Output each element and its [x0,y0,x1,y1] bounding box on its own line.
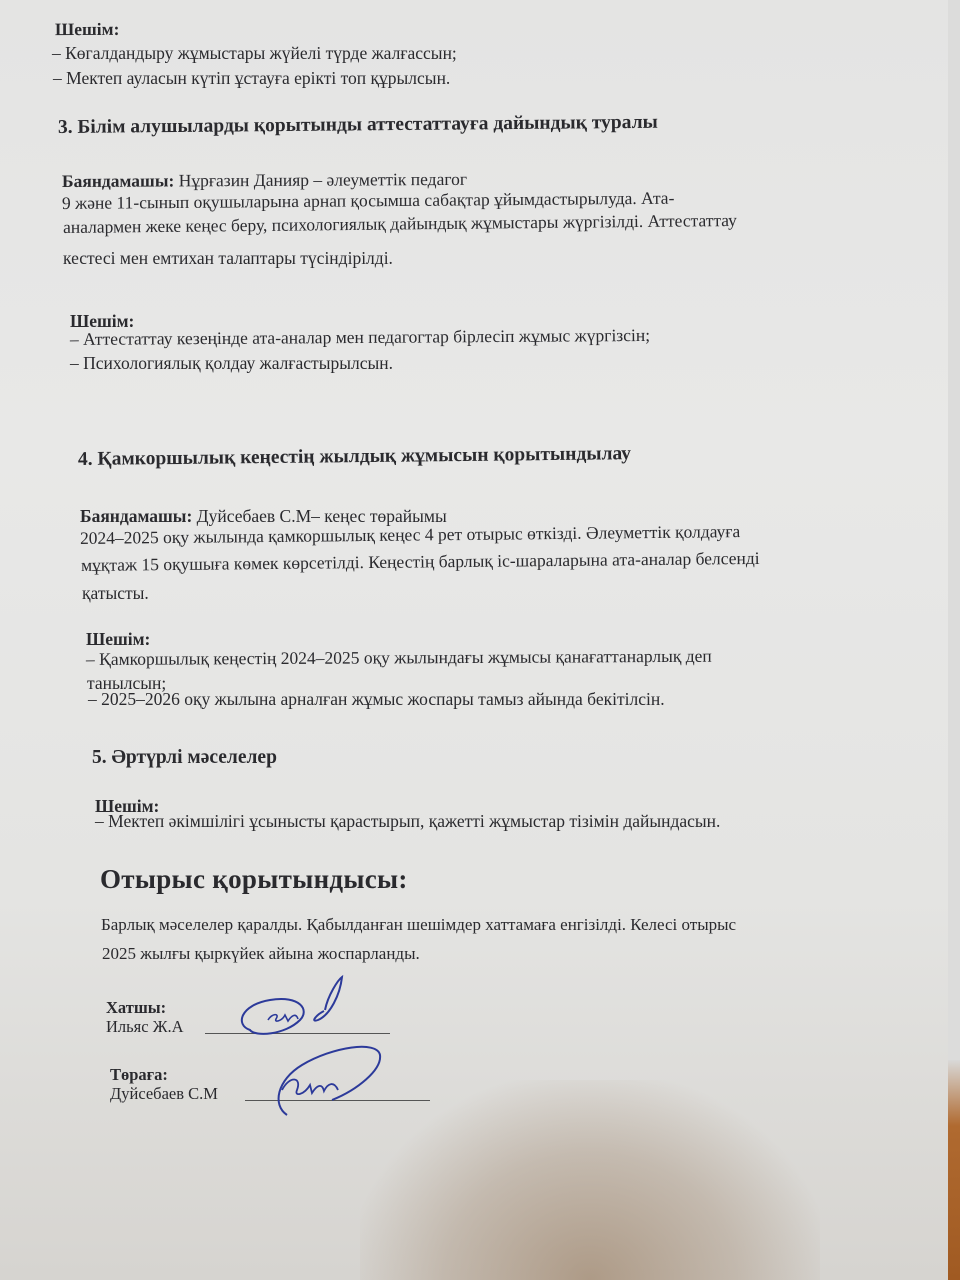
chair-name: Дуйсебаев С.М [110,1083,218,1105]
decision-item: – Қамкоршылық кеңестің 2024–2025 оқу жыл… [86,645,712,670]
conclusion-title: Отырыс қорытындысы: [100,868,408,890]
section-title: 5. Әртүрлі мәселелер [92,747,277,769]
body-line: мұқтаж 15 оқушыға көмек көрсетілді. Кеңе… [81,547,760,576]
body-line: қатысты. [82,582,149,604]
speaker-name: Нұрғазин Данияр – әлеуметтік педагог [174,169,467,191]
conclusion-line: Барлық мәселелер қаралды. Қабылданған ше… [101,914,736,936]
decision-item: – Мектеп ауласын күтіп ұстауға ерікті то… [53,67,450,89]
speaker-label: Баяндамашы: [62,170,174,191]
decision-item: – Көгалдандыру жұмыстары жүйелі түрде жа… [52,42,457,64]
conclusion-line: 2025 жылғы қыркүйек айына жоспарланды. [102,943,420,965]
section-title: 3. Білім алушыларды қорытынды аттестатта… [58,112,658,139]
table-edge [948,1060,960,1280]
body-line: кестесі мен емтихан талаптары түсіндіріл… [63,247,393,269]
speaker-label: Баяндамашы: [80,506,192,526]
decision-item: – 2025–2026 оқу жылына арналған жұмыс жо… [88,688,665,710]
body-line: аналармен жеке кеңес беру, психологиялық… [63,209,737,238]
decision-label: Шешім: [86,628,150,650]
decision-item: – Аттестаттау кезеңінде ата-аналар мен п… [70,324,650,350]
section-title: 4. Қамкоршылық кеңестің жылдық жұмысын қ… [78,443,631,471]
photo-shadow [360,1080,820,1280]
decision-item: – Психологиялық қолдау жалғастырылсын. [70,352,393,374]
decision-label: Шешім: [55,18,119,40]
decision-item: – Мектеп әкімшілігі ұсынысты қарастырып,… [95,810,720,832]
secretary-name: Ильяс Ж.А [106,1016,184,1038]
